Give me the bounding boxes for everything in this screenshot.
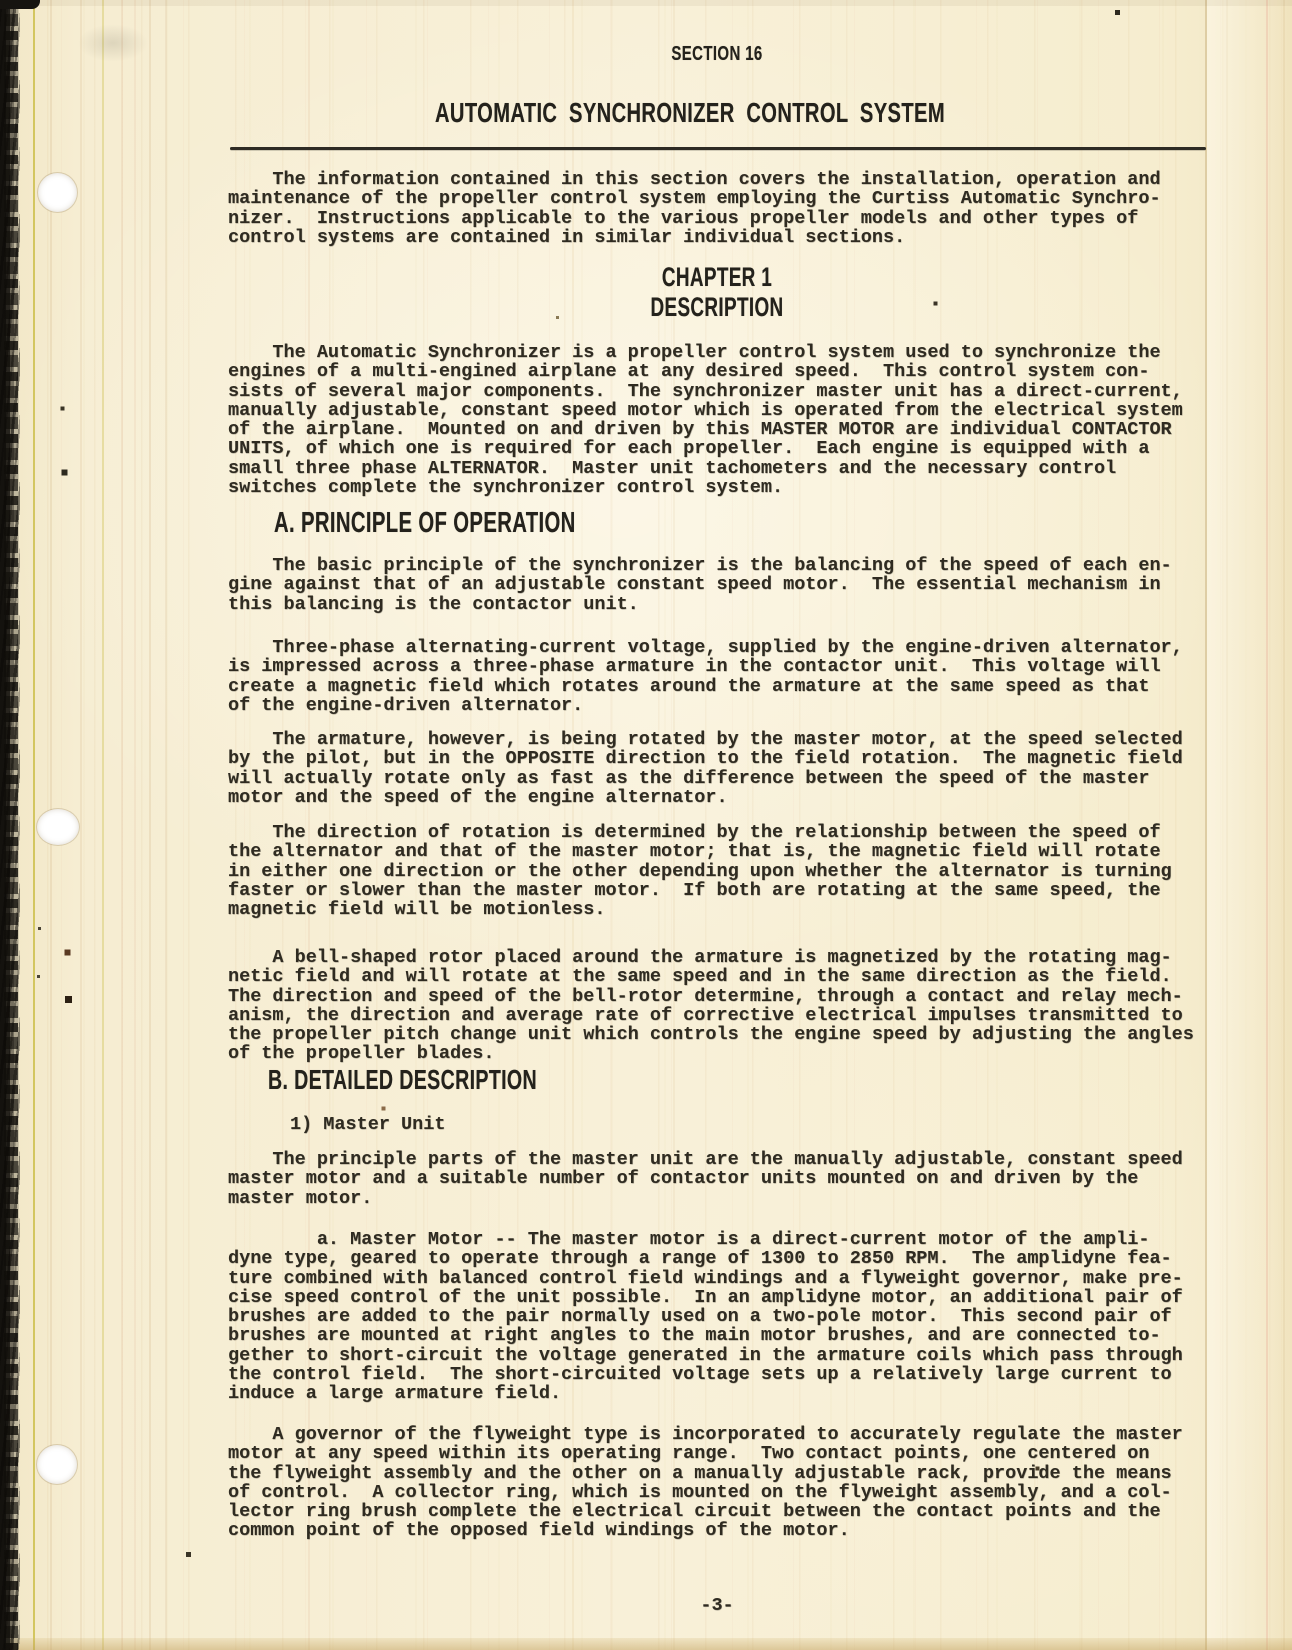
page-right-edge-shading — [1207, 0, 1292, 1650]
page-top-edge-shading — [0, 0, 1292, 6]
page-title: AUTOMATIC SYNCHRONIZER CONTROL SYSTEM — [338, 99, 1042, 127]
paragraph-overview: The Automatic Synchronizer is a propelle… — [228, 343, 1183, 497]
list-item-master-unit: 1) Master Unit — [290, 1115, 445, 1134]
paragraph-a4: The direction of rotation is determined … — [228, 823, 1172, 919]
paragraph-a3: The armature, however, is being rotated … — [228, 730, 1183, 807]
paragraph-b2-master-motor: a. Master Motor -- The master motor is a… — [228, 1230, 1183, 1404]
title-underline — [230, 147, 1206, 150]
ruling-line — [165, 0, 167, 1650]
section-a-heading: A. PRINCIPLE OF OPERATION — [274, 508, 576, 538]
chapter-label: CHAPTER 1 — [375, 264, 1060, 291]
paragraph-a2: Three-phase alternating-current voltage,… — [228, 638, 1183, 715]
ruling-line — [149, 0, 151, 1650]
punch-hole — [37, 809, 79, 845]
binding-edge-corner — [0, 0, 40, 9]
paragraph-a5: A bell-shaped rotor placed around the ar… — [228, 948, 1194, 1064]
section-b-heading: B. DETAILED DESCRIPTION — [268, 1066, 537, 1094]
ruling-line-pink — [1266, 0, 1268, 1650]
ruling-line — [121, 0, 123, 1650]
page-bottom-edge-shading — [0, 1638, 1292, 1650]
ruling-line — [80, 0, 82, 1650]
paper-crease — [1205, 0, 1207, 1650]
ink-specks — [0, 0, 1, 1]
paragraph-b1: The principle parts of the master unit a… — [228, 1150, 1183, 1208]
pencil-smudge — [78, 24, 148, 62]
document-page: SECTION 16 AUTOMATIC SYNCHRONIZER CONTRO… — [0, 0, 1292, 1650]
paragraph-b3-governor: A governor of the flyweight type is inco… — [228, 1425, 1183, 1541]
chapter-title: DESCRIPTION — [375, 294, 1060, 321]
binding-edge — [0, 0, 26, 1650]
page-number: -3- — [228, 1596, 1206, 1615]
margin-rule-line-2 — [102, 0, 104, 1650]
punch-hole — [37, 1445, 77, 1484]
punch-hole — [38, 173, 77, 212]
ruling-line — [1226, 0, 1228, 1650]
section-label: SECTION 16 — [350, 44, 1084, 64]
paragraph-intro: The information contained in this sectio… — [228, 170, 1161, 247]
paragraph-a1: The basic principle of the synchronizer … — [228, 556, 1172, 614]
margin-rule-line — [33, 0, 35, 1650]
ruling-line — [1283, 0, 1285, 1650]
ruling-line — [134, 0, 136, 1650]
